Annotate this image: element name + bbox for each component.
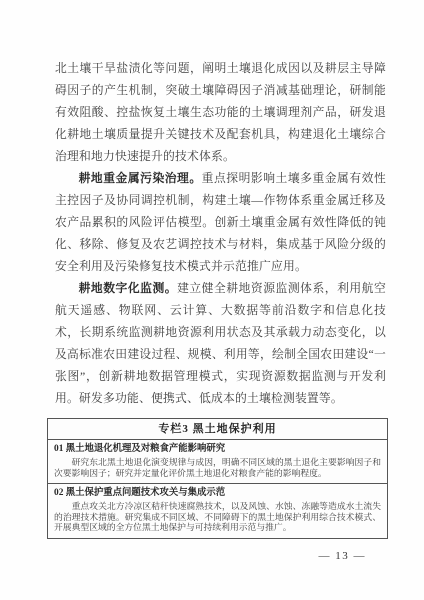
item-body: 重点攻关北方冷凉区秸秆快速腐熟技术，以及风蚀、水蚀、冻融等造成水土流失的治理技术… — [54, 501, 381, 533]
column-box-title: 专栏3 黑土地保护利用 — [48, 419, 387, 440]
item-heading: 01 黑土地退化机理及对粮食产能影响研究 — [54, 442, 381, 456]
column-box: 专栏3 黑土地保护利用 01 黑土地退化机理及对粮食产能影响研究 研究东北黑土地… — [47, 418, 388, 539]
item-body: 研究东北黑土地退化演变规律与成因，明确不同区域的黑土退化主要影响因子和次要影响因… — [54, 457, 381, 478]
body-paragraph-3: 耕地数字化监测。建立健全耕地资源监测体系，利用航空航天遥感、物联网、云计算、大数… — [55, 277, 386, 409]
item-heading: 02 黑土保护重点问题技术攻关与集成示范 — [54, 486, 381, 500]
document-page: 北土壤干旱盐渍化等问题，阐明土壤退化成因以及耕层主导障碍因子的产生机制，突破土壤… — [0, 0, 424, 600]
column-box-item-1: 01 黑土地退化机理及对粮食产能影响研究 研究东北黑土地退化演变规律与成因，明确… — [48, 440, 387, 483]
paragraph-lead: 耕地数字化监测。 — [79, 281, 177, 295]
paragraph-text: 重点探明影响土壤多重金属有效性主控因子及协同调控机制，构建土壤—作物体系重金属迁… — [55, 171, 386, 273]
body-paragraph-2: 耕地重金属污染治理。重点探明影响土壤多重金属有效性主控因子及协同调控机制，构建土… — [55, 167, 386, 277]
column-box-item-2: 02 黑土保护重点问题技术攻关与集成示范 重点攻关北方冷凉区秸秆快速腐熟技术，以… — [48, 483, 387, 538]
page-number: — 13 — — [55, 550, 386, 562]
paragraph-text: 建立健全耕地资源监测体系，利用航空航天遥感、物联网、云计算、大数据等前沿数字和信… — [55, 281, 386, 405]
paragraph-text: 北土壤干旱盐渍化等问题，阐明土壤退化成因以及耕层主导障碍因子的产生机制，突破土壤… — [55, 61, 386, 163]
body-paragraph-1: 北土壤干旱盐渍化等问题，阐明土壤退化成因以及耕层主导障碍因子的产生机制，突破土壤… — [55, 57, 386, 167]
page-content: 北土壤干旱盐渍化等问题，阐明土壤退化成因以及耕层主导障碍因子的产生机制，突破土壤… — [55, 57, 386, 562]
paragraph-lead: 耕地重金属污染治理。 — [79, 171, 202, 185]
